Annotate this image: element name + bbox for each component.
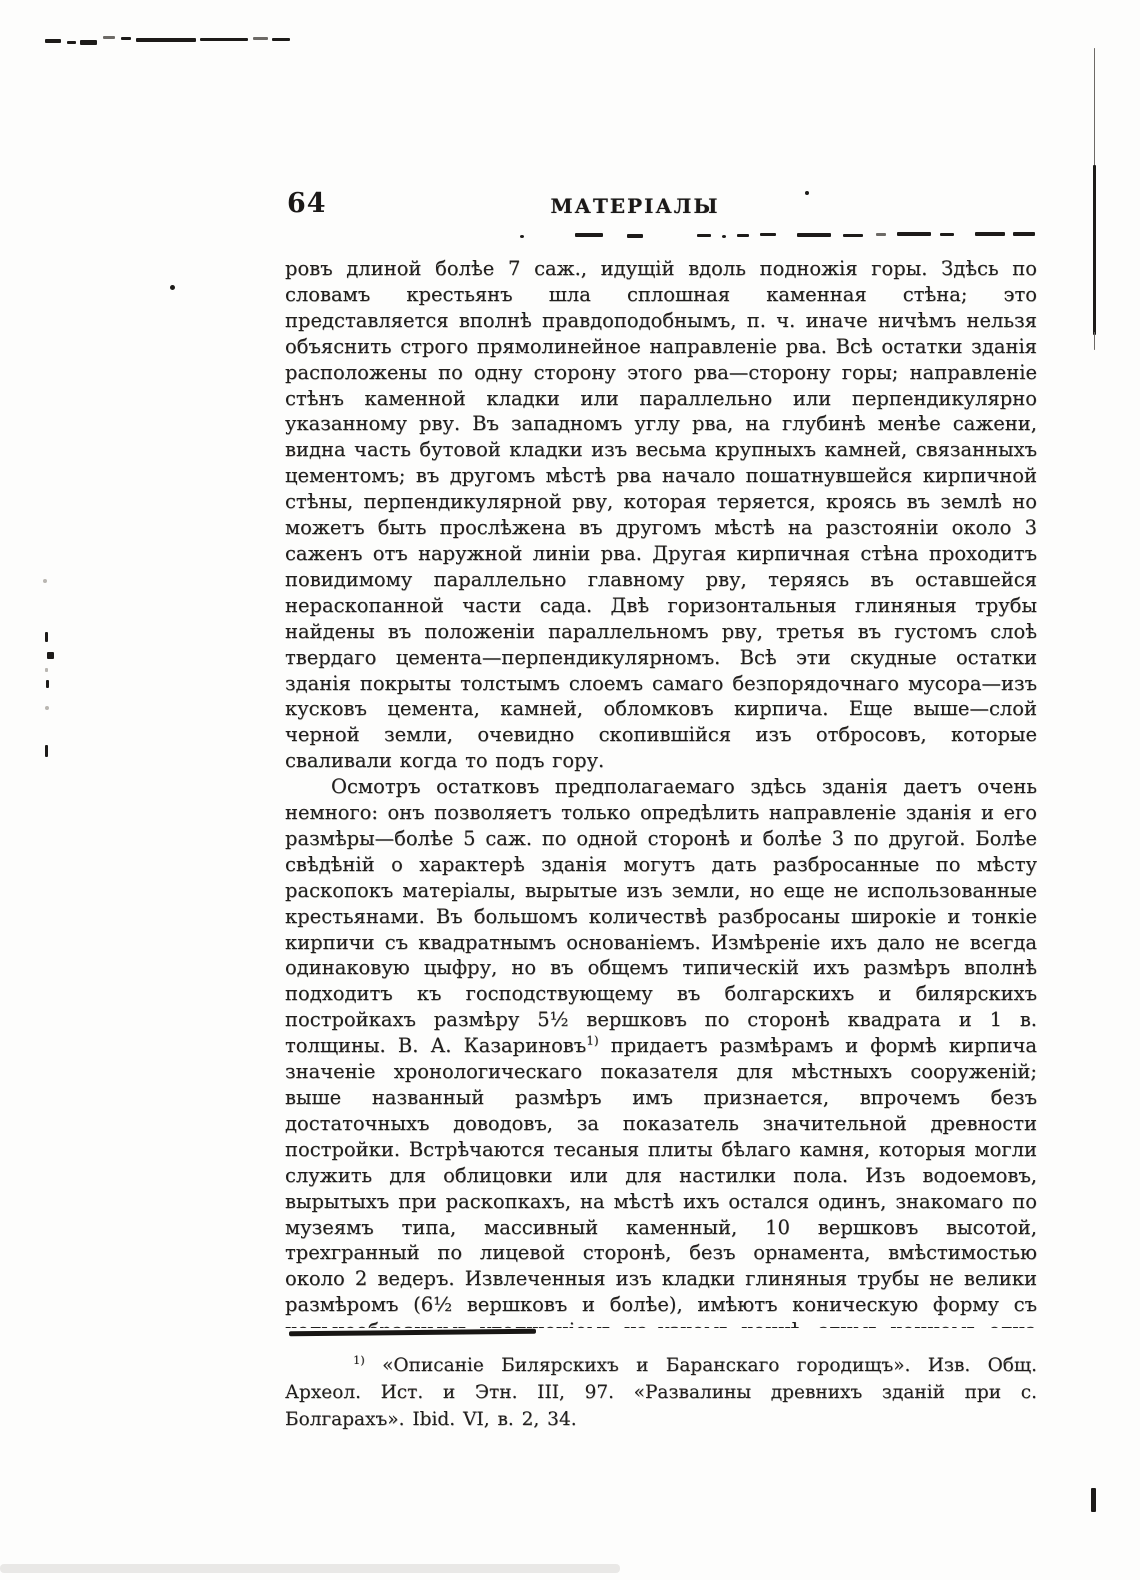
scan-artifact-bottom-smudge: [0, 1564, 620, 1573]
scan-artifact-dash: [722, 235, 726, 238]
running-title: МАТЕРІАЛЫ: [470, 194, 800, 218]
page-edge-mark: [1091, 1488, 1096, 1512]
scan-artifact-dash: [797, 233, 831, 237]
scan-artifact-dash: [520, 235, 524, 238]
scan-artifact-dash: [67, 41, 76, 44]
scan-artifact-dash: [737, 234, 749, 237]
ink-speck: [43, 579, 47, 583]
scan-artifact-dash: [80, 40, 97, 45]
page-edge-line: [1094, 332, 1095, 350]
ink-speck: [45, 668, 48, 672]
ink-speck: [45, 706, 49, 710]
scan-artifact-dash: [897, 232, 931, 236]
page-number: 64: [287, 188, 327, 219]
footnote-text: «Описаніе Билярскихъ и Баранскаго городи…: [285, 1355, 1037, 1430]
scanned-book-page: 64 МАТЕРІАЛЫ ровъ длиной болѣе 7 саж., и…: [0, 0, 1140, 1580]
scan-artifact-dash: [45, 39, 61, 43]
scan-artifact-dash: [627, 234, 643, 238]
scan-artifact-dash: [103, 36, 115, 39]
scan-artifact-dash: [575, 233, 603, 237]
ink-speck: [170, 285, 175, 290]
footnote-marker: 1): [353, 1353, 365, 1367]
paragraph-2: Осмотръ остатковъ предполагаемаго здѣсь …: [285, 774, 1037, 1328]
scan-artifact-dash: [697, 234, 711, 237]
page-edge-line: [1093, 165, 1096, 335]
footnote-reference: 1): [586, 1034, 598, 1048]
body-text-block: ровъ длиной болѣе 7 саж., идущій вдоль п…: [285, 256, 1037, 1328]
footnote-separator-rule: [289, 1329, 536, 1337]
scan-artifact-dash: [253, 37, 268, 40]
scan-artifact-dash: [136, 38, 196, 42]
ink-speck: [45, 632, 48, 642]
ink-speck: [47, 652, 54, 659]
scan-artifact-dash: [1013, 232, 1035, 236]
scan-artifact-dash: [272, 38, 290, 41]
paragraph-1: ровъ длиной болѣе 7 саж., идущій вдоль п…: [285, 256, 1037, 774]
footnote-1: 1) «Описаніе Билярскихъ и Баранскаго гор…: [285, 1352, 1037, 1433]
scan-artifact-dash: [760, 233, 776, 236]
ink-speck: [805, 191, 809, 195]
scan-artifact-dash: [975, 232, 1005, 236]
scan-artifact-dash: [876, 233, 886, 236]
paragraph-1-text: ровъ длиной болѣе 7 саж., идущій вдоль п…: [285, 257, 1037, 772]
paragraph-2-text-after: придаетъ размѣрамъ и формѣ кирпича значе…: [285, 1034, 1037, 1328]
scan-artifact-dash: [200, 38, 248, 41]
ink-speck: [45, 745, 48, 757]
ink-speck: [46, 680, 49, 688]
footnote-block: 1) «Описаніе Билярскихъ и Баранскаго гор…: [285, 1352, 1037, 1433]
page-edge-line: [1094, 48, 1095, 168]
scan-artifact-dash: [843, 234, 863, 237]
scan-artifact-dash: [940, 233, 954, 236]
paragraph-2-text-before: Осмотръ остатковъ предполагаемаго здѣсь …: [285, 775, 1037, 1057]
scan-artifact-dash: [121, 37, 131, 40]
